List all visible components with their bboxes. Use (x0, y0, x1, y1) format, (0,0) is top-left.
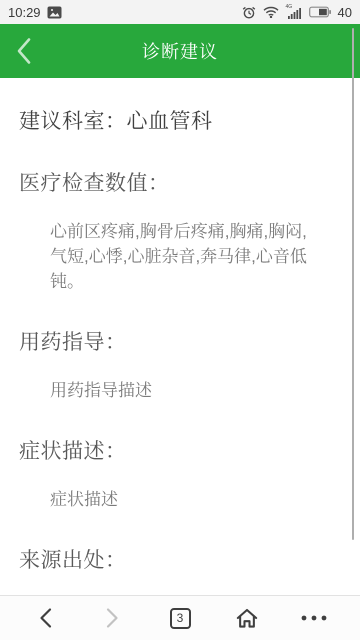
alarm-icon (242, 6, 256, 19)
section-body-exam-values: 心前区疼痛,胸骨后疼痛,胸痛,胸闷,气短,心悸,心脏杂音,奔马律,心音低钝。 (50, 219, 310, 294)
section-body-medication: 用药指导描述 (50, 378, 310, 403)
battery-icon (309, 6, 331, 18)
battery-percent-label: 40 (338, 5, 352, 20)
nav-home-button[interactable] (214, 596, 281, 640)
home-icon (235, 607, 259, 629)
nav-back-button[interactable] (12, 596, 79, 640)
status-bar: 10:29 4G (0, 0, 360, 24)
nav-tabs-button[interactable]: 3 (146, 596, 213, 640)
more-dots-icon (301, 615, 327, 621)
nav-back-icon (37, 607, 54, 629)
department-value: 心血管科 (127, 110, 213, 133)
back-button[interactable] (4, 24, 44, 78)
nav-forward-icon (104, 607, 121, 629)
section-heading-source: 来源出处： (19, 544, 315, 574)
nav-forward-button[interactable] (79, 596, 146, 640)
page-title: 诊断建议 (142, 38, 218, 64)
department-label: 建议科室： (19, 110, 127, 133)
chevron-left-icon (15, 37, 33, 65)
diagnosis-content: 建议科室：心血管科 医疗检查数值： 心前区疼痛,胸骨后疼痛,胸痛,胸闷,气短,心… (0, 105, 360, 621)
clock-time-label: 10:29 (8, 5, 41, 20)
department-line: 建议科室：心血管科 (19, 105, 315, 135)
section-heading-medication: 用药指导： (19, 326, 315, 356)
section-heading-exam-values: 医疗检查数值： (19, 167, 315, 197)
photo-notification-icon (47, 6, 62, 19)
signal-strength-icon: 4G (286, 5, 302, 19)
section-body-symptoms: 症状描述 (50, 487, 310, 512)
section-heading-symptoms: 症状描述： (19, 435, 315, 465)
nav-more-button[interactable] (281, 596, 348, 640)
app-header: 诊断建议 (0, 24, 360, 78)
scrollbar-thumb[interactable] (352, 28, 354, 540)
bottom-nav-bar: 3 (0, 595, 360, 640)
wifi-icon (263, 6, 279, 18)
tab-count-badge: 3 (170, 608, 191, 629)
